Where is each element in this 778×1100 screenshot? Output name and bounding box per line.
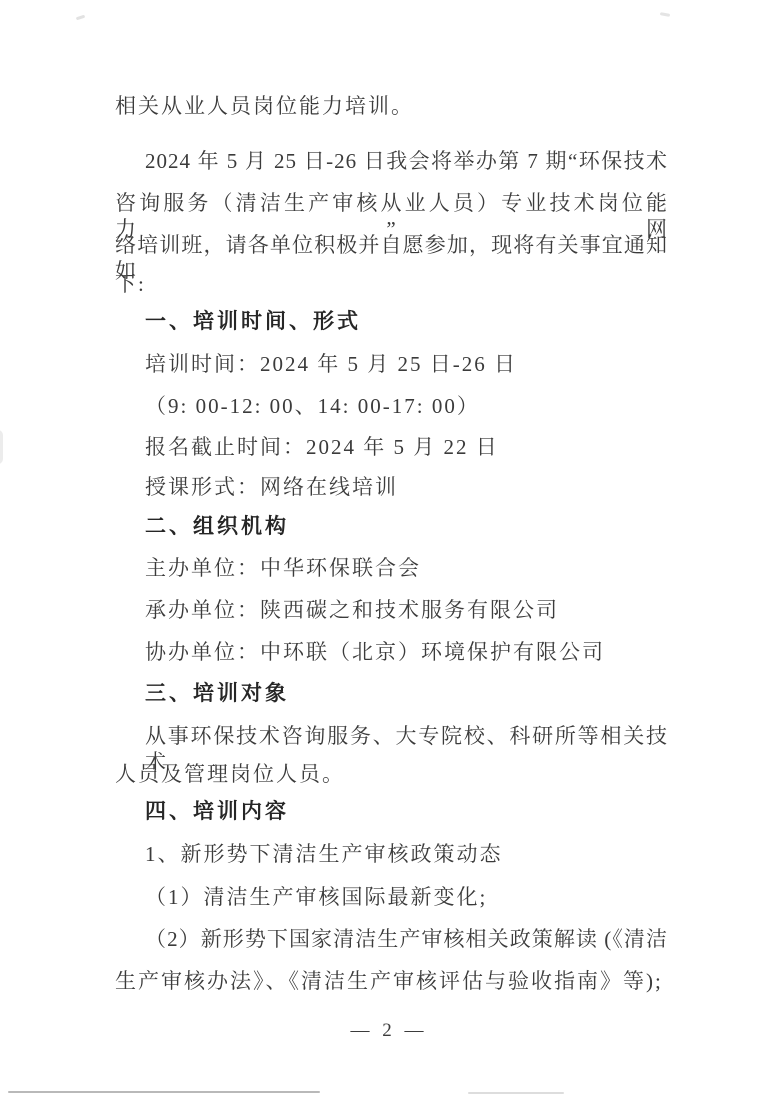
body-line: 承办单位：陕西碳之和技术服务有限公司 — [145, 597, 668, 623]
body-line: 授课形式：网络在线培训 — [145, 474, 668, 500]
scan-bottom-edge — [8, 1091, 320, 1093]
body-line: 协办单位：中环联（北京）环境保护有限公司 — [145, 639, 668, 665]
body-line: 人员及管理岗位人员。 — [115, 761, 668, 787]
scan-speck — [660, 12, 670, 17]
section-heading: 四、培训内容 — [145, 799, 668, 825]
body-line: 1、新形势下清洁生产审核政策动态 — [145, 841, 668, 867]
scan-bottom-edge — [468, 1092, 564, 1094]
section-heading: 一、培训时间、形式 — [145, 309, 668, 335]
body-line: 报名截止时间：2024 年 5 月 22 日 — [145, 434, 668, 460]
body-line: 相关从业人员岗位能力培训。 — [115, 93, 668, 119]
scan-speck — [76, 15, 85, 21]
body-line: （1）清洁生产审核国际最新变化; — [145, 884, 668, 910]
section-heading: 二、组织机构 — [145, 514, 668, 540]
section-heading: 三、培训对象 — [145, 681, 668, 707]
body-line: 2024 年 5 月 25 日-26 日我会将举办第 7 期“环保技术 — [145, 148, 668, 174]
page-number: — 2 — — [0, 1020, 778, 1042]
body-line: 主办单位：中华环保联合会 — [145, 555, 668, 581]
body-line: （9: 00-12: 00、14: 00-17: 00） — [145, 393, 668, 419]
body-line: 下: — [115, 271, 668, 297]
scan-edge-mark — [0, 430, 3, 464]
body-line: 生产审核办法》、《清洁生产审核评估与验收指南》等); — [115, 968, 668, 994]
body-line: （2）新形势下国家清洁生产审核相关政策解读 (《清洁 — [145, 926, 668, 952]
body-line: 培训时间：2024 年 5 月 25 日-26 日 — [145, 351, 668, 377]
scanned-document-page: 相关从业人员岗位能力培训。 2024 年 5 月 25 日-26 日我会将举办第… — [0, 0, 778, 1100]
